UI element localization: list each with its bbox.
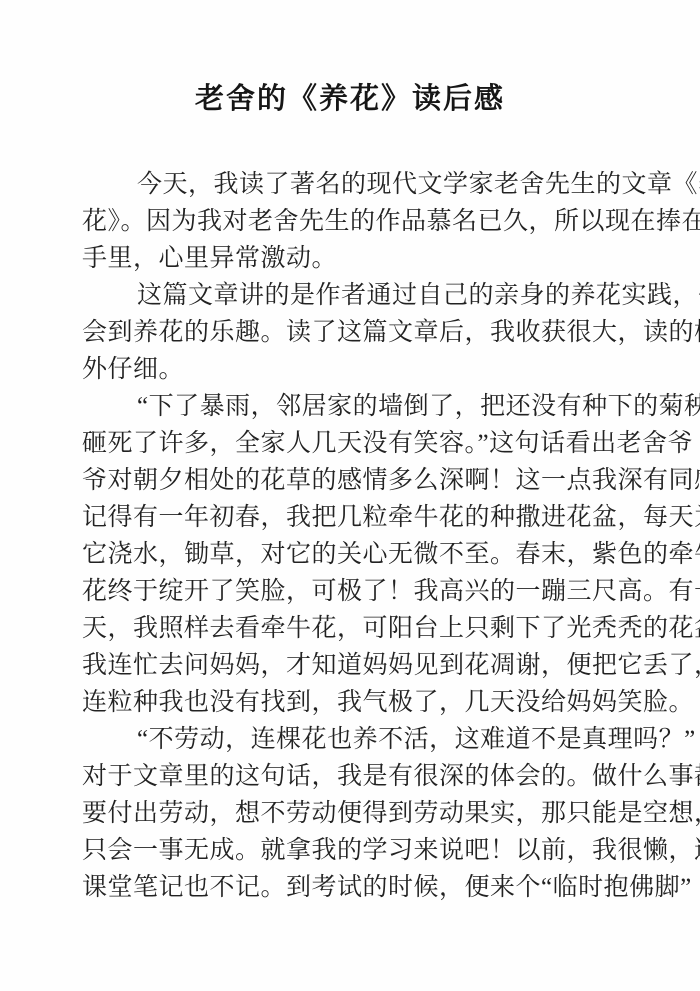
text-line: 会到养花的乐趣。读了这篇文章后，我收获很大，读的格 xyxy=(82,314,622,351)
text-line: “不劳动，连棵花也养不活，这难道不是真理吗？” xyxy=(82,721,622,758)
text-line: 外仔细。 xyxy=(82,351,622,388)
text-line: 对于文章里的这句话，我是有很深的体会的。做什么事都 xyxy=(82,758,622,795)
text-line: “下了暴雨，邻居家的墙倒了，把还没有种下的菊秧 xyxy=(82,388,622,425)
text-line: 课堂笔记也不记。到考试的时候，便来个“临时抱佛脚” xyxy=(82,869,622,906)
text-line: 花终于绽开了笑脸，可极了！我高兴的一蹦三尺高。有一 xyxy=(82,573,622,610)
text-line: 只会一事无成。就拿我的学习来说吧！以前，我很懒，连 xyxy=(82,832,622,869)
text-line: 砸死了许多，全家人几天没有笑容。”这句话看出老舍爷 xyxy=(82,425,622,462)
text-line: 这篇文章讲的是作者通过自己的亲身的养花实践，体 xyxy=(82,277,622,314)
document-title: 老舍的《养花》读后感 xyxy=(0,0,700,116)
essay-body: 今天，我读了著名的现代文学家老舍先生的文章《养花》。因为我对老舍先生的作品慕名已… xyxy=(82,166,622,906)
text-line: 天，我照样去看牵牛花，可阳台上只剩下了光秃秃的花盆， xyxy=(82,610,622,647)
text-line: 花》。因为我对老舍先生的作品慕名已久，所以现在捧在 xyxy=(82,203,622,240)
text-line: 记得有一年初春，我把几粒牵牛花的种撒进花盆，每天为 xyxy=(82,499,622,536)
text-line: 我连忙去问妈妈，才知道妈妈见到花凋谢，便把它丢了， xyxy=(82,647,622,684)
text-line: 要付出劳动，想不劳动便得到劳动果实，那只能是空想， xyxy=(82,795,622,832)
text-line: 今天，我读了著名的现代文学家老舍先生的文章《养 xyxy=(82,166,622,203)
text-line: 它浇水，锄草，对它的关心无微不至。春末，紫色的牵牛 xyxy=(82,536,622,573)
text-line: 手里，心里异常激动。 xyxy=(82,240,622,277)
text-line: 连粒种我也没有找到，我气极了，几天没给妈妈笑脸。 xyxy=(82,684,622,721)
document-page: 老舍的《养花》读后感 今天，我读了著名的现代文学家老舍先生的文章《养花》。因为我… xyxy=(0,0,700,991)
text-line: 爷对朝夕相处的花草的感情多么深啊！这一点我深有同感。 xyxy=(82,462,622,499)
